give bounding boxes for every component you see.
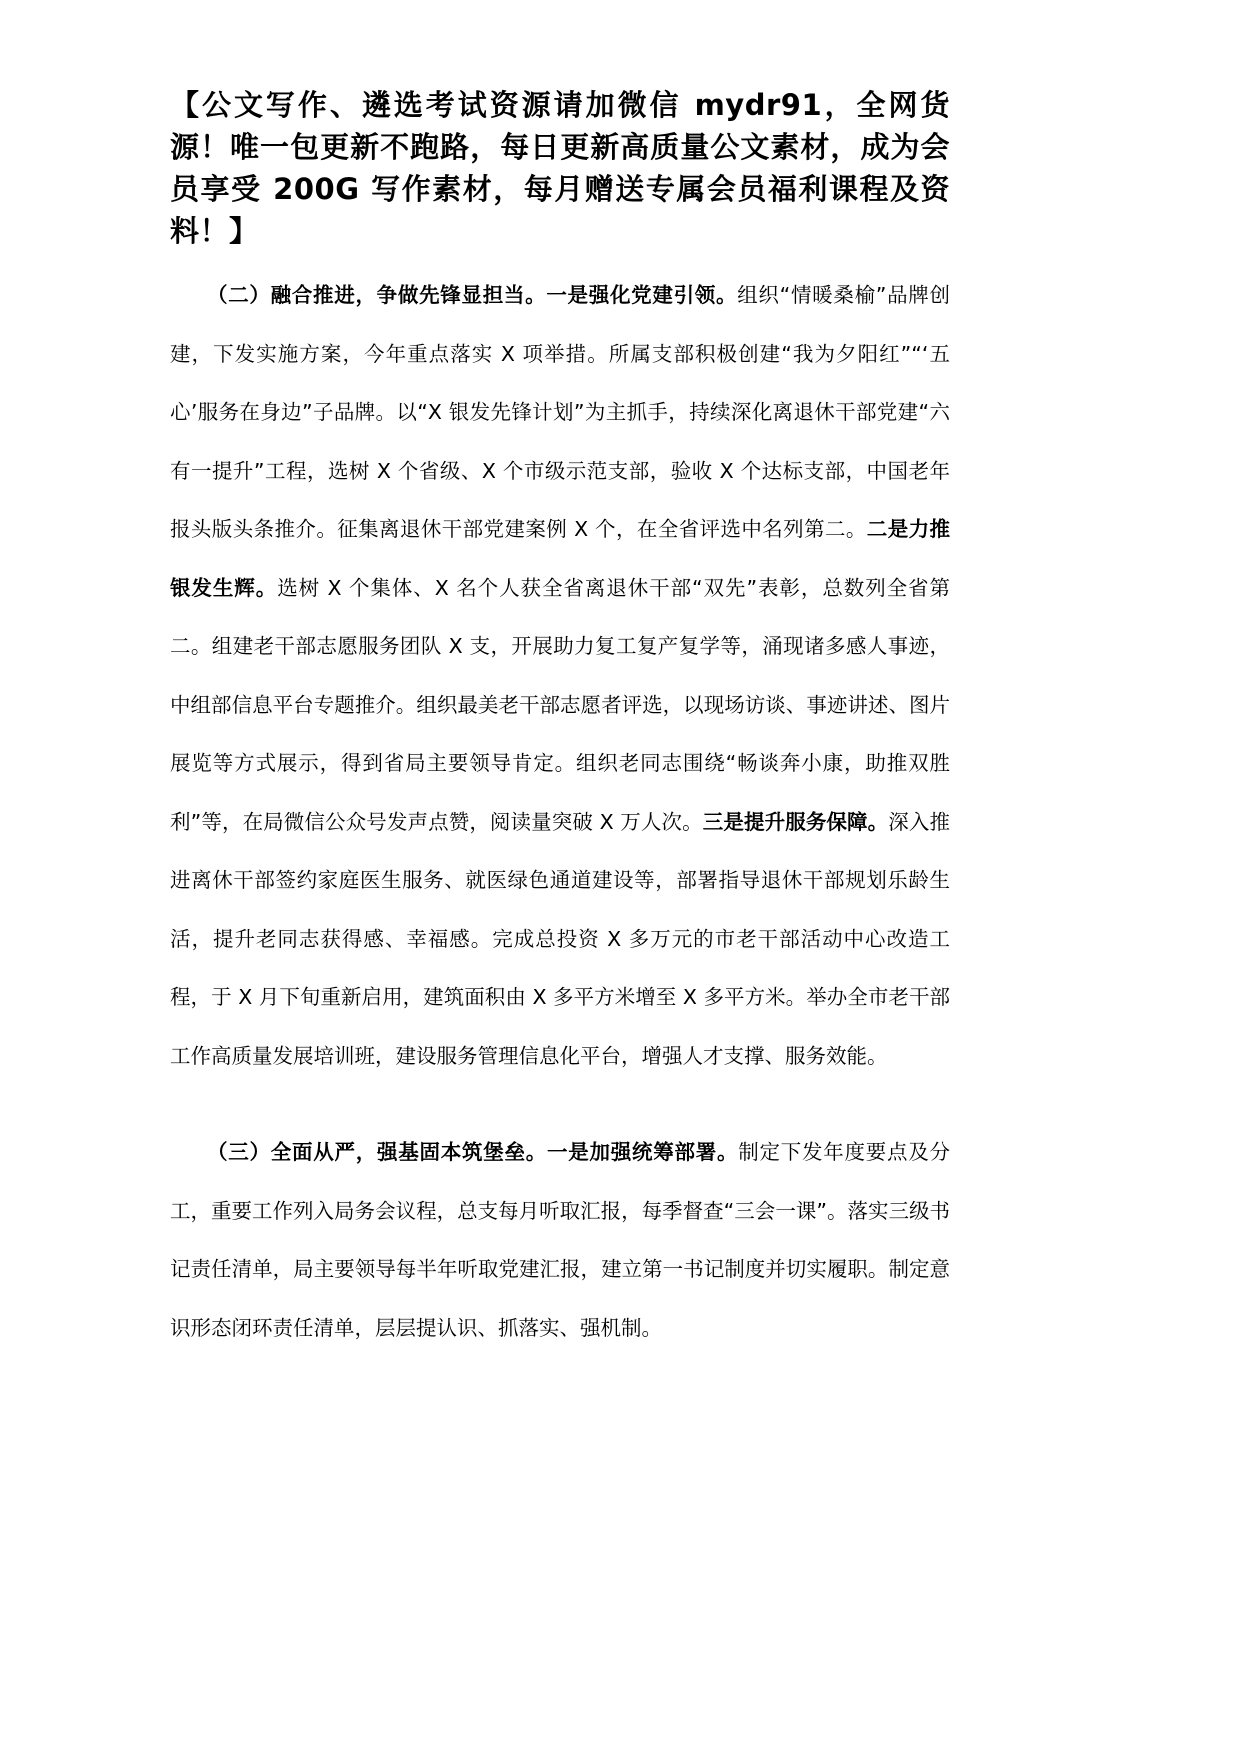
- point-heading: 一是加强统筹部署。: [547, 1140, 738, 1164]
- point-heading: 三是提升服务保障。: [703, 810, 889, 834]
- section-paragraph-2: （二）融合推进，争做先锋显担当。一是强化党建引领。组织“情暖桑榆”品牌创建，下发…: [170, 266, 950, 1085]
- section-heading: （二）融合推进，争做先锋显担当。: [207, 283, 546, 307]
- section-paragraph-3: （三）全面从严，强基固本筑堡垒。一是加强统筹部署。制定下发年度要点及分工，重要工…: [170, 1123, 950, 1357]
- point-heading: 一是强化党建引领。: [546, 283, 737, 307]
- point-body: 选树 X 个集体、X 名个人获全省离退休干部“双先”表彰，总数列全省第二。组建老…: [170, 576, 950, 834]
- section-heading: （三）全面从严，强基固本筑堡垒。: [207, 1140, 547, 1164]
- promo-banner: 【公文写作、遴选考试资源请加微信 mydr91，全网货源！唯一包更新不跑路，每日…: [170, 84, 950, 252]
- point-body: 深入推进离休干部签约家庭医生服务、就医绿色通道建设等，部署指导退休干部规划乐龄生…: [170, 810, 950, 1068]
- document-page: 【公文写作、遴选考试资源请加微信 mydr91，全网货源！唯一包更新不跑路，每日…: [170, 84, 950, 1357]
- point-body: 组织“情暖桑榆”品牌创建，下发实施方案，今年重点落实 X 项举措。所属支部积极创…: [170, 283, 950, 541]
- point-body: 制定下发年度要点及分工，重要工作列入局务会议程，总支每月听取汇报，每季督查“三会…: [170, 1140, 950, 1340]
